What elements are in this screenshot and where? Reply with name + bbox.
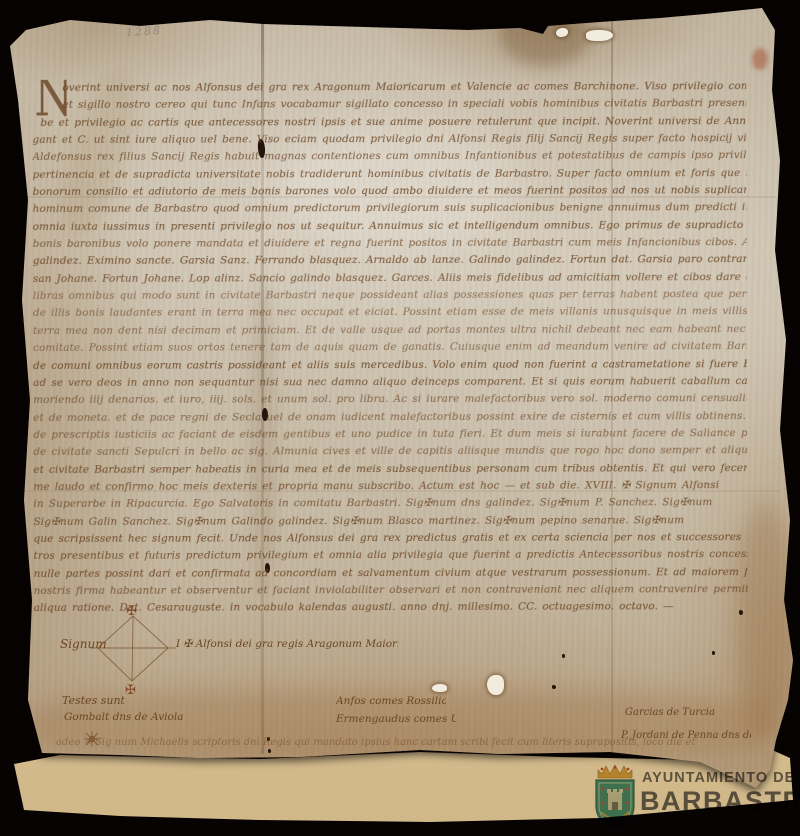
manuscript-text-block: N overint universi ac nos Alfonsus dei g…: [32, 78, 747, 626]
manuscript-line: et civitate Barbastri semper habeatis in…: [33, 460, 747, 479]
witness-name: Ermengaudus comes Urgellensis: [336, 713, 456, 725]
ink-blot: [562, 654, 565, 658]
manuscript-line: galindez. Eximino sancte. Garsia Sanz. F…: [33, 252, 747, 271]
parchment-hole: [586, 30, 613, 41]
maltese-cross-icon: ✠: [125, 683, 136, 696]
manuscript-line: libras omnibus qui modo sunt in civitate…: [33, 286, 747, 305]
manuscript-line: hominum comune de Barbastro quod omnium …: [33, 199, 747, 218]
manuscript-line: Aldefonsus rex filius Sancij Regis habui…: [32, 147, 746, 166]
manuscript-lines: overint universi ac nos Alfonsus dei gra…: [32, 78, 747, 618]
manuscript-line: Sig✠num Galin Sanchez. Sig✠num Galindo g…: [33, 512, 747, 531]
manuscript-line: et sigillo nostro cereo qui tunc Infans …: [32, 95, 746, 114]
logo-text-line2: BARBASTRO: [640, 786, 800, 817]
manuscript-line: overint universi ac nos Alfonsus dei gra…: [32, 78, 746, 97]
manuscript-line: nulle partes possint dari et confirmata …: [34, 564, 748, 583]
manuscript-line: gant et C. ut sint iure aliquo uel bene.…: [32, 130, 746, 149]
manuscript-line: bonis baronibus volo ponere mandata et d…: [33, 234, 747, 253]
witness-name: Anfos comes Rossilionis: [336, 695, 446, 707]
witnesses-heading: Testes sunt: [62, 694, 125, 707]
parchment-hole: [556, 28, 568, 37]
manuscript-line: moriendo iiij denarios. et iuro, iiij. s…: [33, 390, 747, 409]
notary-subscription: adeo ✳ Sig num Michaelis scriptoris dni …: [56, 737, 696, 748]
witness-name: Garcias de Turcia: [625, 707, 715, 718]
pencil-date-annotation: 1288: [126, 24, 163, 39]
manuscript-line: be et privilegio ac cartis que antecesso…: [32, 113, 746, 132]
manuscript-line: pertinencia et de supradicta universitat…: [33, 165, 747, 184]
manuscript-line: ad se vero deos in anno non sequantur ni…: [33, 373, 747, 392]
manuscript-line: de prescriptis iusticiis ac faciant de e…: [33, 425, 747, 444]
witness-name: Gombalt dns de Aviola: [64, 711, 184, 723]
notary-signum-star: [82, 729, 102, 749]
parchment-hole: [432, 684, 447, 692]
manuscript-line: omnia iuxta iussimus in presenti privile…: [33, 217, 747, 236]
ink-blot: [552, 685, 556, 689]
parchment-hole: [487, 675, 504, 695]
stain: [500, 6, 590, 66]
barbastro-watermark-logo: AYUNTAMIENTO DE BARBASTRO: [586, 762, 800, 836]
manuscript-line: nostris firma habeantur et observentur e…: [34, 581, 748, 600]
maltese-cross-icon: ✠: [126, 604, 137, 619]
stain: [752, 48, 768, 70]
manuscript-line: que scripsissent hec signum fecit. Unde …: [33, 529, 747, 548]
manuscript-line: et de moneta. et de pace regni de Secla …: [33, 408, 747, 427]
manuscript-line: terra mea non dent nisi decimam et primi…: [33, 321, 747, 340]
manuscript-line: tros presentibus et futuris predictum pr…: [34, 546, 748, 565]
manuscript-line: me laudo et confirmo hoc meis dexteris e…: [33, 477, 747, 496]
ink-blot: [542, 8, 550, 25]
royal-signum-diamond: ✠ ✠: [86, 602, 186, 696]
ink-blot: [712, 651, 715, 655]
manuscript-line: bonorum consilio et adiutorio de meis bo…: [33, 182, 747, 201]
ink-blot: [268, 749, 271, 753]
manuscript-line: de comuni omnibus eorum castris possidea…: [33, 356, 747, 375]
manuscript-line: comitate. Possint etiam suos ortos tener…: [33, 338, 747, 357]
logo-text-line1: AYUNTAMIENTO DE: [642, 770, 795, 786]
manuscript-line: de illis bonis laudantes erant in terra …: [33, 304, 747, 323]
manuscript-line: san Johane. Fortun Johane. Lop alinz. Sa…: [33, 269, 747, 288]
barbastro-coat-of-arms: [588, 762, 642, 834]
manuscript-line: de civitate sancti Sepulcri in bello ac …: [33, 442, 747, 461]
manuscript-line: in Superarbe in Ripacurcia. Ego Salvator…: [33, 494, 747, 513]
royal-style-text: I ✠ Alfonsi dei gra regis Aragonum Maior…: [176, 638, 398, 650]
photo-stage: 1288 N overint universi ac nos Alfonsus …: [0, 0, 800, 836]
